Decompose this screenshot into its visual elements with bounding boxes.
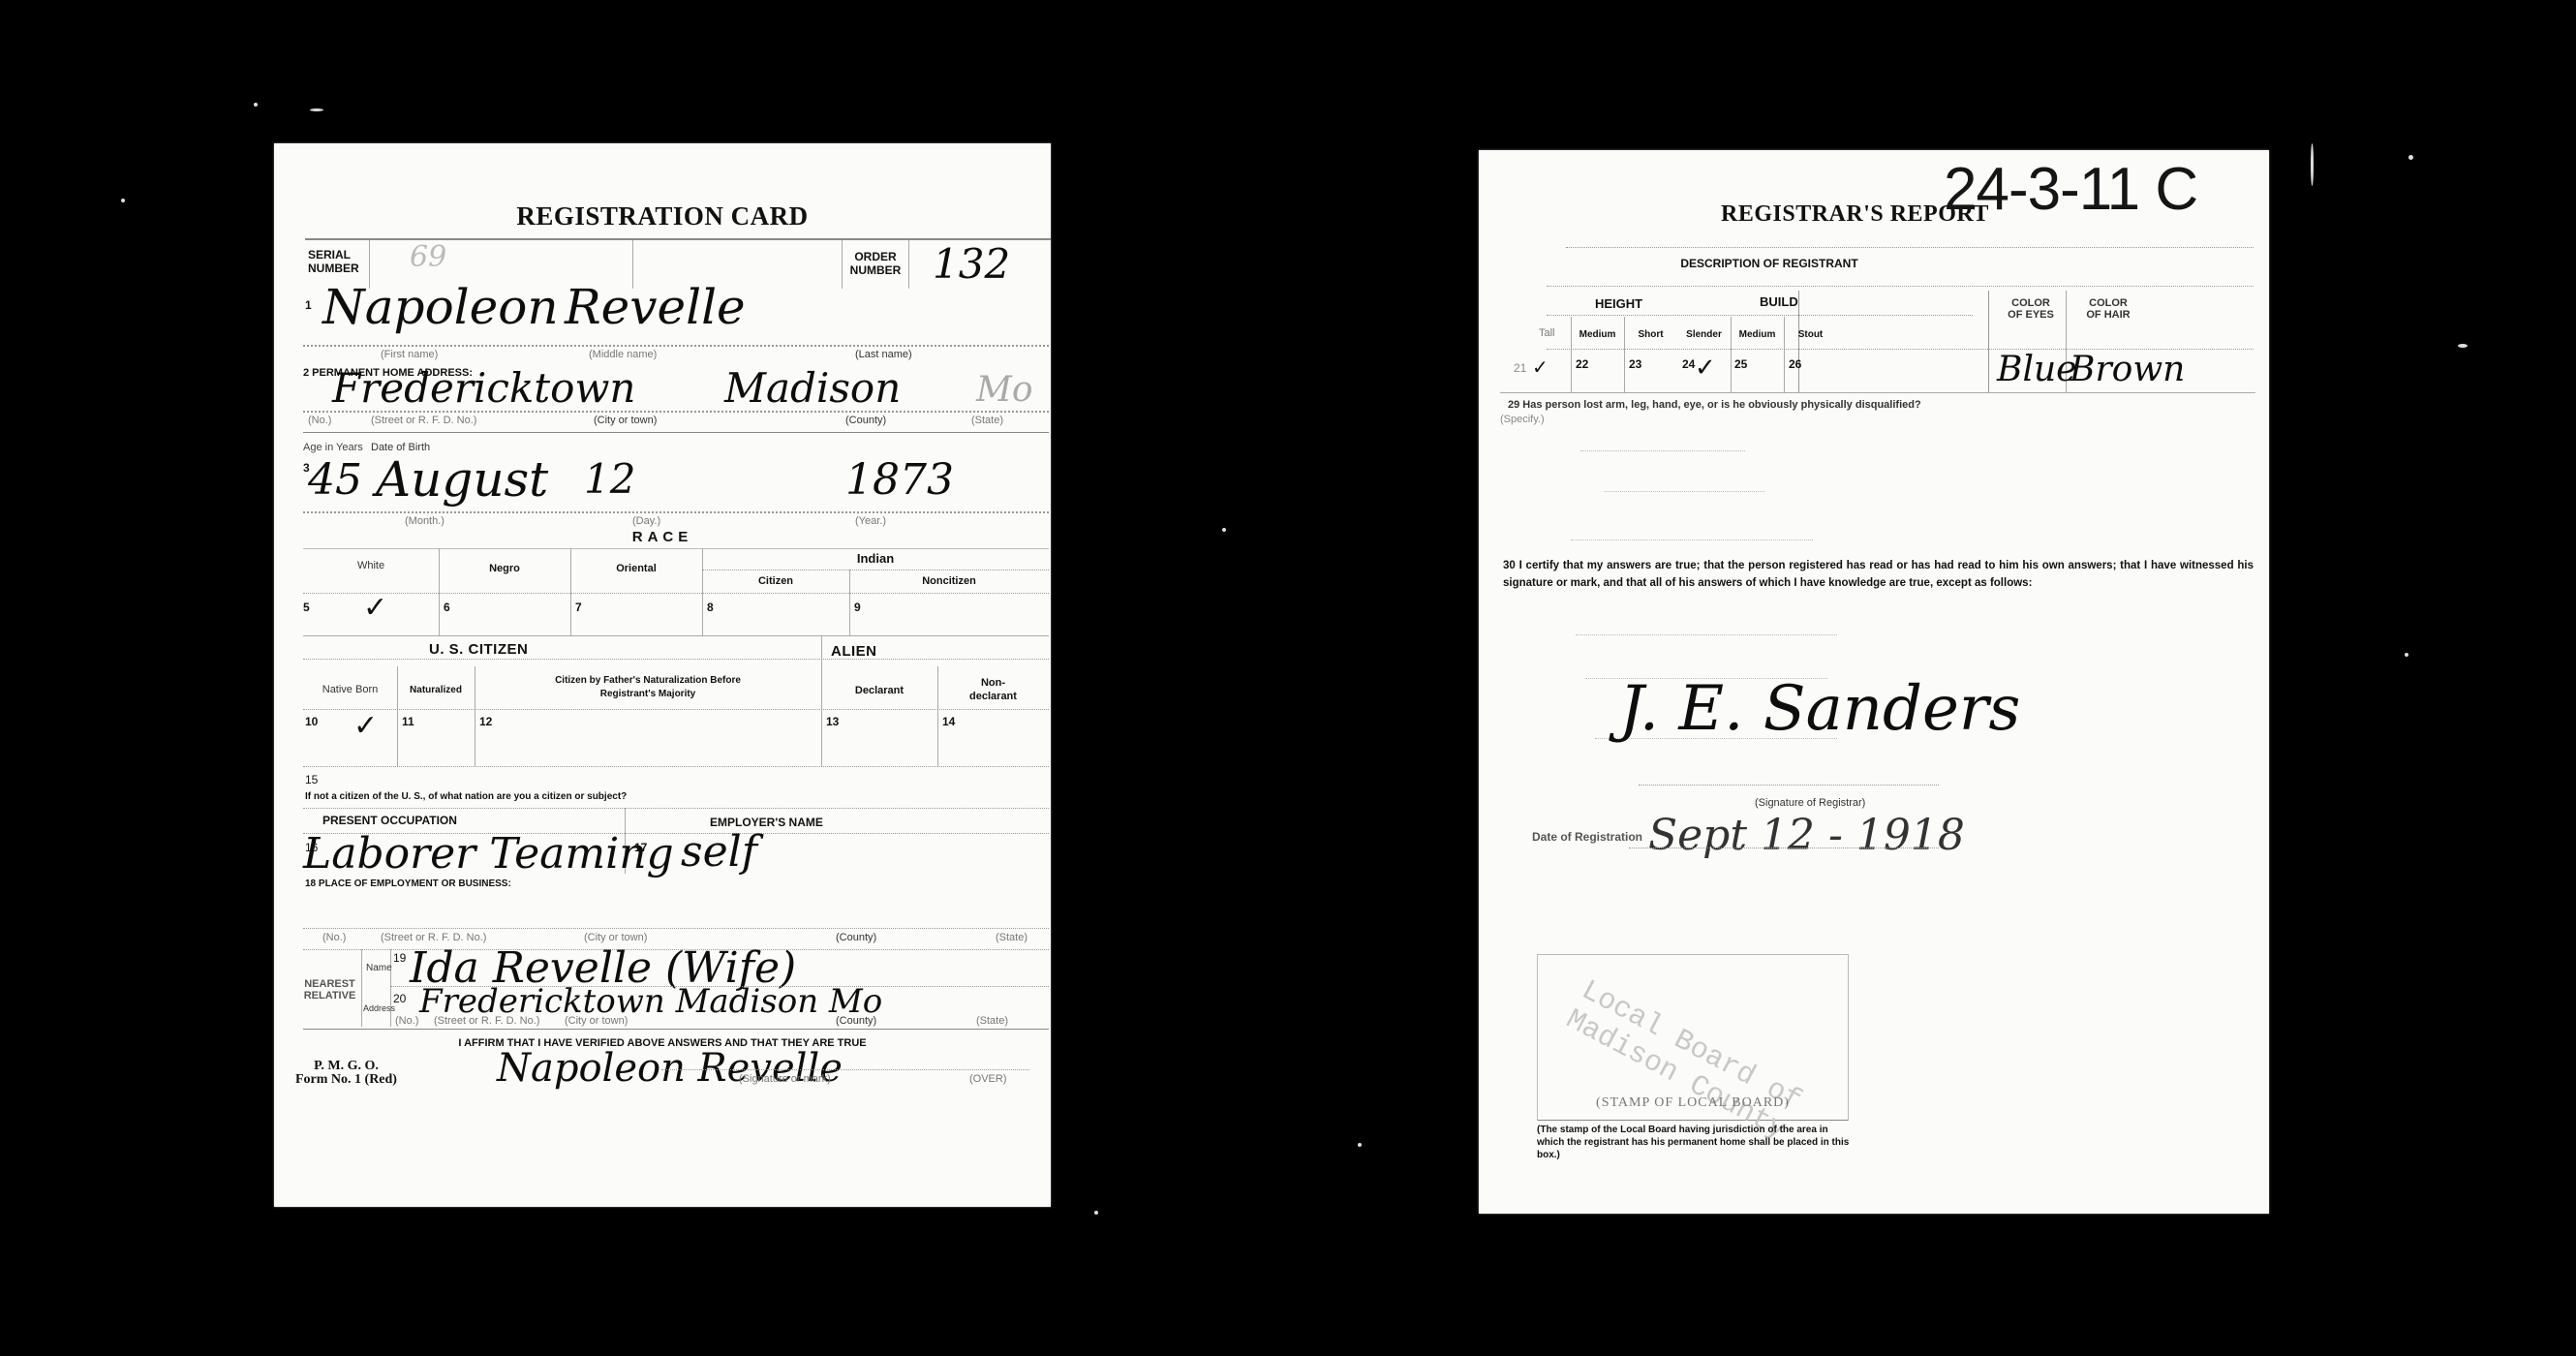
- height-tall-checkmark: ✓: [1532, 355, 1549, 379]
- us-citizen-title: U. S. CITIZEN: [429, 641, 528, 658]
- scan-speck: [2458, 344, 2468, 348]
- date-of-registration-label: Date of Registration: [1532, 830, 1642, 844]
- scan-speck: [1358, 1143, 1362, 1147]
- scan-speck: [1094, 1211, 1098, 1215]
- q30-certification: 30 I certify that my answers are true; t…: [1503, 557, 2254, 592]
- serial-number-value: 69: [410, 240, 446, 274]
- serial-number-label: SERIAL NUMBER: [308, 248, 359, 275]
- home-address-state: Mo: [976, 370, 1033, 410]
- local-board-stamp-impression: Local Board of Madison County: [1560, 974, 1806, 1147]
- scan-speck: [1222, 528, 1226, 532]
- scan-speck: [121, 199, 125, 202]
- hair-color-value: Brown: [2070, 350, 2185, 389]
- build-slender-checkmark: ✓: [1695, 354, 1716, 383]
- home-address-city: Fredericktown: [332, 364, 635, 412]
- archive-stamp-code: 24-3-11 C: [1944, 155, 2197, 224]
- registrant-last-name: Revelle: [565, 279, 746, 335]
- registrars-report-back: REGISTRAR'S REPORT 24-3-11 C DESCRIPTION…: [1479, 150, 2269, 1214]
- registration-card-front: REGISTRATION CARD SERIAL NUMBER 69 ORDER…: [274, 143, 1051, 1207]
- birth-month: August: [376, 451, 548, 508]
- scan-speck: [2408, 155, 2413, 160]
- native-born-checkmark: ✓: [353, 709, 378, 743]
- date-of-registration-value: Sept 12 - 1918: [1648, 811, 1965, 860]
- registrar-signature: J. E. Sanders: [1619, 673, 2020, 745]
- order-number-label: ORDER NUMBER: [845, 250, 905, 277]
- age-value: 45: [308, 455, 362, 505]
- race-title: RACE: [274, 529, 1051, 545]
- stamp-instruction: (The stamp of the Local Board having jur…: [1537, 1124, 1856, 1161]
- alien-title: ALIEN: [831, 643, 877, 660]
- scan-speck: [2405, 653, 2408, 657]
- registrant-first-name: Napoleon: [322, 279, 559, 335]
- description-title: DESCRIPTION OF REGISTRANT: [1624, 257, 1915, 270]
- scan-speck: [254, 103, 258, 107]
- occupation-label: PRESENT OCCUPATION: [322, 814, 457, 827]
- card-title: REGISTRATION CARD: [274, 201, 1051, 231]
- scan-speck: [310, 108, 323, 111]
- place-of-employment-label: 18 PLACE OF EMPLOYMENT OR BUSINESS:: [305, 878, 511, 891]
- race-white-checkmark: ✓: [363, 591, 387, 625]
- scan-speck: [2311, 143, 2314, 186]
- nearest-relative-label: NEAREST RELATIVE: [303, 978, 356, 1002]
- home-address-county: Madison: [724, 364, 901, 412]
- birth-day: 12: [584, 455, 635, 503]
- form-identifier: P. M. G. O. Form No. 1 (Red): [295, 1060, 397, 1087]
- q29-label: 29 Has person lost arm, leg, hand, eye, …: [1508, 398, 2254, 412]
- employer-value: self: [681, 827, 757, 877]
- occupation-value: Laborer Teaming: [303, 829, 674, 878]
- q15-label: If not a citizen of the U. S., of what n…: [305, 790, 627, 804]
- eye-color-value: Blue: [1997, 350, 2076, 389]
- local-board-stamp-box: Local Board of Madison County (STAMP OF …: [1537, 954, 1849, 1121]
- birth-year: 1873: [845, 455, 954, 505]
- order-number-value: 132: [933, 240, 1010, 288]
